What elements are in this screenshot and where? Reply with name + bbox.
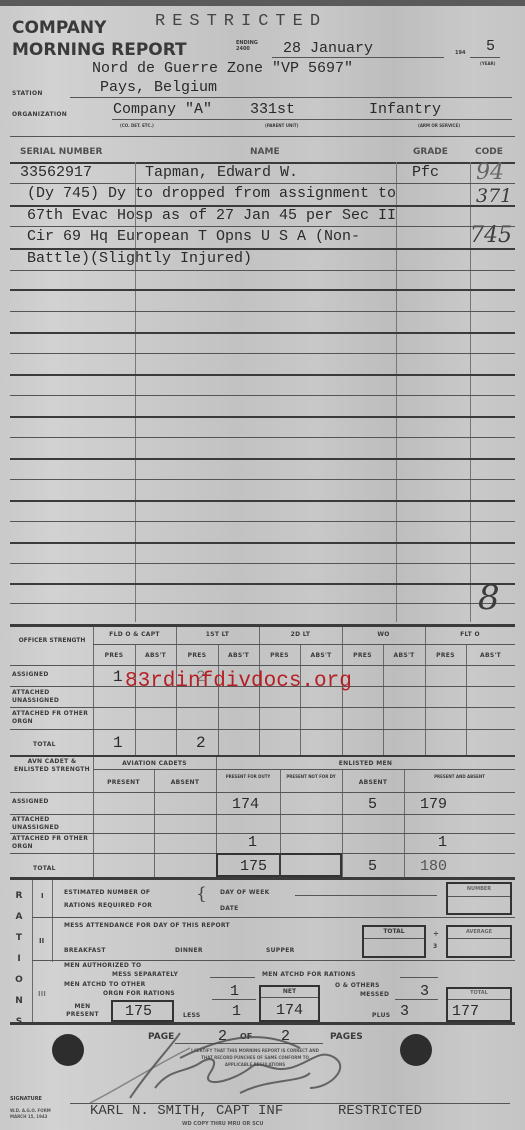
officer-total-1st-lt-pres: 2	[196, 734, 206, 752]
day-of-week-label: DAY OF WEEK	[220, 889, 270, 896]
punch-hole-right-icon	[400, 1034, 432, 1066]
net-label: NET	[259, 988, 320, 995]
form-title-morning-report: MORNING REPORT	[12, 40, 187, 60]
total-present-for-duty: 175	[240, 858, 267, 875]
enlisted-group-rule	[93, 769, 515, 770]
form-id-line-2: MARCH 15, 1943	[10, 1114, 51, 1120]
officer-group-2d-lt: 2D LT	[259, 631, 342, 638]
attached-other-present-and-absent: 1	[438, 834, 447, 851]
rations-total-label: TOTAL	[446, 990, 512, 996]
men-atchd-other-field	[212, 999, 256, 1000]
signature-scrawl-icon	[60, 1028, 380, 1108]
officer-row-total: TOTAL	[33, 741, 56, 748]
remarks-line-4: Battle)(Slightly Injured)	[27, 250, 252, 267]
men-atchd-other-value: 1	[230, 983, 239, 1000]
number-box-rule	[448, 896, 510, 897]
entry-rule	[10, 353, 515, 354]
o-others-label-2: MESSED	[360, 991, 389, 998]
col-avn-present: PRESENT	[93, 779, 154, 786]
net-value: 174	[259, 1002, 320, 1019]
entry-rule	[10, 205, 515, 207]
footer-classification: RESTRICTED	[338, 1103, 422, 1119]
organization-underline	[112, 119, 512, 120]
year-digit: 5	[486, 38, 495, 55]
officer-group-fld-capt: FLD O & CAPT	[93, 631, 176, 638]
enlisted-col-divider	[342, 770, 343, 877]
officer-col-divider	[93, 627, 94, 757]
assigned-absent: 5	[368, 796, 377, 813]
handwritten-code-1: 94	[476, 160, 504, 185]
o-others-label-1: O & OTHERS	[335, 982, 380, 989]
officer-row-attached-unassigned: ATTACHED UNASSIGNED	[12, 689, 92, 705]
estimated-label-2: RATIONS REQUIRED FOR	[64, 902, 152, 909]
average-label: AVERAGE	[446, 929, 512, 935]
entry-rule	[10, 311, 515, 312]
sub-col-abst: ABS'T	[466, 652, 515, 659]
entry-rule	[10, 603, 515, 604]
col-header-code: CODE	[475, 147, 503, 157]
men-present-label-2: PRESENT	[55, 1011, 110, 1019]
sub-label-company: (CO. DET. ETC.)	[120, 123, 154, 128]
col-header-serial: SERIAL NUMBER	[20, 147, 102, 157]
enlisted-row-rule	[10, 814, 515, 815]
col-present-and-absent: PRESENT AND ABSENT	[404, 774, 515, 780]
enlisted-col-divider	[154, 770, 155, 877]
entry-rule	[10, 248, 515, 250]
sub-col-abst: ABS'T	[383, 652, 425, 659]
enlisted-row-assigned: ASSIGNED	[12, 798, 49, 805]
net-box-rule	[261, 997, 318, 998]
rations-letter: N	[13, 991, 25, 1012]
plus-label: PLUS	[372, 1012, 390, 1019]
officer-bottom-rule	[10, 755, 515, 757]
year-label: (YEAR)	[480, 61, 495, 66]
entry-rule	[10, 270, 515, 271]
men-auth-label-2: MESS SEPARATELY	[112, 971, 178, 978]
entry-rule	[10, 183, 515, 184]
officer-row-assigned: ASSIGNED	[12, 671, 49, 678]
entry-rule	[10, 583, 515, 585]
sub-col-pres: PRES	[176, 652, 218, 659]
enlisted-strength-title: AVN CADET & ENLISTED STRENGTH	[12, 758, 92, 774]
station-label: STATION	[12, 90, 43, 97]
day-of-week-field[interactable]	[295, 895, 437, 896]
rations-side-label: R A T I O N S	[13, 886, 25, 1033]
location-line: Nord de Guerre Zone "VP 5697"	[92, 60, 353, 77]
serial-number: 33562917	[20, 164, 92, 181]
mess-total-box-rule	[364, 938, 424, 939]
officer-col-divider	[135, 645, 136, 757]
entry-rule	[10, 563, 515, 564]
org-company: Company "A"	[113, 101, 212, 118]
org-arm: Infantry	[369, 101, 441, 118]
dinner-label: DINNER	[175, 947, 203, 954]
enlisted-bottom-rule	[10, 877, 515, 880]
men-present-label: MEN PRESENT	[55, 1003, 110, 1019]
mess-separately-field[interactable]	[210, 977, 255, 978]
remarks-line-1: (Dy 745) Dy to dropped from assignment t…	[27, 185, 396, 202]
station-value: Pays, Belgium	[100, 79, 217, 96]
less-label: LESS	[183, 1012, 201, 1019]
classification-stamp: RESTRICTED	[155, 12, 327, 31]
entry-rule	[10, 479, 515, 480]
report-date: 28 January	[283, 40, 373, 57]
rations-numeral-divider	[52, 880, 53, 962]
officer-group-rule	[93, 644, 515, 645]
soldier-grade: Pfc	[412, 164, 439, 181]
year-underline	[470, 57, 500, 58]
men-atchd-other-label-2: ORGN FOR RATIONS	[103, 990, 175, 997]
handwritten-code-2: 371	[476, 185, 512, 207]
number-box-label: NUMBER	[446, 886, 512, 892]
entry-rule	[10, 226, 515, 227]
entry-rule	[10, 416, 515, 418]
col-present-for-duty: PRESENT FOR DUTY	[216, 774, 280, 780]
col-avn-absent: ABSENT	[154, 779, 216, 786]
header-divider	[10, 136, 515, 137]
rations-letter: T	[13, 928, 25, 949]
entry-rule	[10, 437, 515, 438]
sub-col-abst: ABS'T	[300, 652, 342, 659]
enlisted-col-divider	[93, 757, 94, 877]
sub-col-abst: ABS'T	[218, 652, 259, 659]
date-underline	[272, 57, 444, 58]
officer-strength-title: OFFICER STRENGTH	[12, 636, 92, 645]
soldier-name: Tapman, Edward W.	[145, 164, 298, 181]
breakfast-label: BREAKFAST	[64, 947, 106, 954]
form-id: W.D. A.G.O. FORM MARCH 15, 1943	[10, 1108, 51, 1120]
rations-section-rule	[32, 960, 515, 961]
ending-label-bottom: 2400	[236, 46, 258, 52]
year-prefix: 194	[455, 50, 465, 56]
signer-name: KARL N. SMITH, CAPT INF	[90, 1103, 283, 1119]
rations-letter: I	[13, 949, 25, 970]
total-present-and-absent: 180	[420, 858, 447, 875]
sub-label-arm: (ARM OR SERVICE)	[418, 123, 460, 128]
men-atchd-other-label-1: MEN ATCHD TO OTHER	[64, 981, 146, 988]
officer-col-divider	[300, 645, 301, 757]
plus-value: 3	[400, 1003, 409, 1020]
rations-letter: O	[13, 970, 25, 991]
aviation-cadets-label: AVIATION CADETS	[93, 760, 216, 767]
col-present-not-for-duty: PRESENT NOT FOR DY	[280, 774, 342, 780]
rations-bottom-rule	[10, 1022, 515, 1025]
enlisted-men-label: ENLISTED MEN	[216, 760, 515, 767]
sub-col-pres: PRES	[425, 652, 466, 659]
men-atchd-rations-label: MEN ATCHD FOR RATIONS	[262, 971, 356, 978]
rations-total-box-rule	[448, 999, 510, 1000]
handwritten-tally: 8	[478, 578, 500, 618]
enlisted-col-divider	[404, 770, 405, 877]
morning-report-page: COMPANY RESTRICTED MORNING REPORT ENDING…	[0, 0, 525, 1130]
officer-total-fld-capt-pres: 1	[113, 734, 123, 752]
officer-col-divider	[466, 645, 467, 757]
date-label: DATE	[220, 905, 239, 912]
organization-label: ORGANIZATION	[12, 111, 67, 118]
sub-col-pres: PRES	[259, 652, 300, 659]
rations-side-divider	[32, 880, 33, 1022]
entry-rule	[10, 332, 515, 334]
officer-row-rule	[10, 707, 515, 708]
enlisted-row-attached-other: ATTACHED FR OTHER ORGN	[12, 835, 92, 851]
col-header-name: NAME	[250, 147, 280, 157]
officer-group-1st-lt: 1ST LT	[176, 631, 259, 638]
divide-label: ÷	[433, 930, 439, 938]
officer-row-rule	[10, 665, 515, 666]
station-underline	[70, 97, 512, 98]
officer-group-flt-o: FLT O	[425, 631, 515, 638]
form-title-company: COMPANY	[12, 18, 106, 38]
remarks-line-3: Cir 69 Hq European T Opns U S A (Non-	[27, 228, 360, 245]
enlisted-row-attached-unassigned: ATTACHED UNASSIGNED	[12, 816, 92, 832]
rations-total-value: 177	[452, 1003, 479, 1020]
col-em-absent: ABSENT	[342, 779, 404, 786]
men-auth-label-1: MEN AUTHORIZED TO	[64, 962, 141, 969]
enlisted-row-rule	[10, 792, 515, 793]
average-box-rule	[448, 938, 510, 939]
watermark-text: 83rdinfdivdocs.org	[125, 670, 352, 693]
entry-rule	[10, 374, 515, 376]
officer-assigned-fld-capt-pres: 1	[113, 668, 123, 686]
officer-row-attached-other: ATTACHED FR OTHER ORGN	[12, 710, 92, 726]
org-parent: 331st	[250, 101, 295, 118]
brace-icon: {	[196, 884, 207, 904]
less-value: 1	[232, 1003, 241, 1020]
o-others-value: 3	[420, 983, 429, 1000]
officer-col-divider	[218, 645, 219, 757]
sub-col-abst: ABS'T	[135, 652, 176, 659]
ending-label: ENDING 2400	[236, 40, 258, 52]
section-numeral-1: I	[41, 892, 44, 900]
assigned-present-and-absent: 179	[420, 796, 447, 813]
rations-letter: A	[13, 907, 25, 928]
section-numeral-2: II	[39, 937, 44, 945]
divide-by-label: 3	[433, 943, 437, 950]
total-absent: 5	[368, 858, 377, 875]
sub-label-parent: (PARENT UNIT)	[265, 123, 298, 128]
copy-note: WD COPY THRU MRU OR SCU	[182, 1121, 263, 1127]
estimated-label-1: ESTIMATED NUMBER OF	[64, 889, 150, 896]
entry-rule	[10, 500, 515, 502]
o-others-field	[395, 999, 438, 1000]
officer-col-divider	[425, 627, 426, 757]
officer-group-wo: WO	[342, 631, 425, 638]
entry-rule	[10, 521, 515, 522]
entry-rule	[10, 395, 515, 396]
signature-label: SIGNATURE	[10, 1096, 42, 1102]
mess-attendance-label: MESS ATTENDANCE FOR DAY OF THIS REPORT	[64, 922, 230, 929]
entries-bottom-rule	[10, 624, 515, 627]
sub-col-pres: PRES	[93, 652, 135, 659]
entry-rule	[10, 458, 515, 460]
rations-section-rule	[32, 917, 515, 918]
top-edge	[0, 0, 525, 6]
section-numeral-3: III	[38, 990, 46, 998]
remarks-line-2: 67th Evac Hosp as of 27 Jan 45 per Sec I…	[27, 207, 396, 224]
attached-other-present-for-duty: 1	[248, 834, 257, 851]
total-present-box-divider	[279, 853, 281, 877]
mess-total-label: TOTAL	[362, 928, 426, 935]
supper-label: SUPPER	[266, 947, 295, 954]
entry-rule	[10, 289, 515, 291]
men-present-label-1: MEN	[55, 1003, 110, 1011]
enlisted-row-total: TOTAL	[33, 865, 56, 872]
men-present-value: 175	[125, 1003, 152, 1020]
officer-row-rule	[10, 729, 515, 730]
assigned-present-for-duty: 174	[232, 796, 259, 813]
sub-col-pres: PRES	[342, 652, 383, 659]
col-divider-name	[396, 162, 397, 622]
officer-col-divider	[383, 645, 384, 757]
rations-letter: R	[13, 886, 25, 907]
men-atchd-rations-field[interactable]	[400, 977, 438, 978]
col-header-grade: GRADE	[413, 147, 448, 157]
entry-rule	[10, 542, 515, 544]
